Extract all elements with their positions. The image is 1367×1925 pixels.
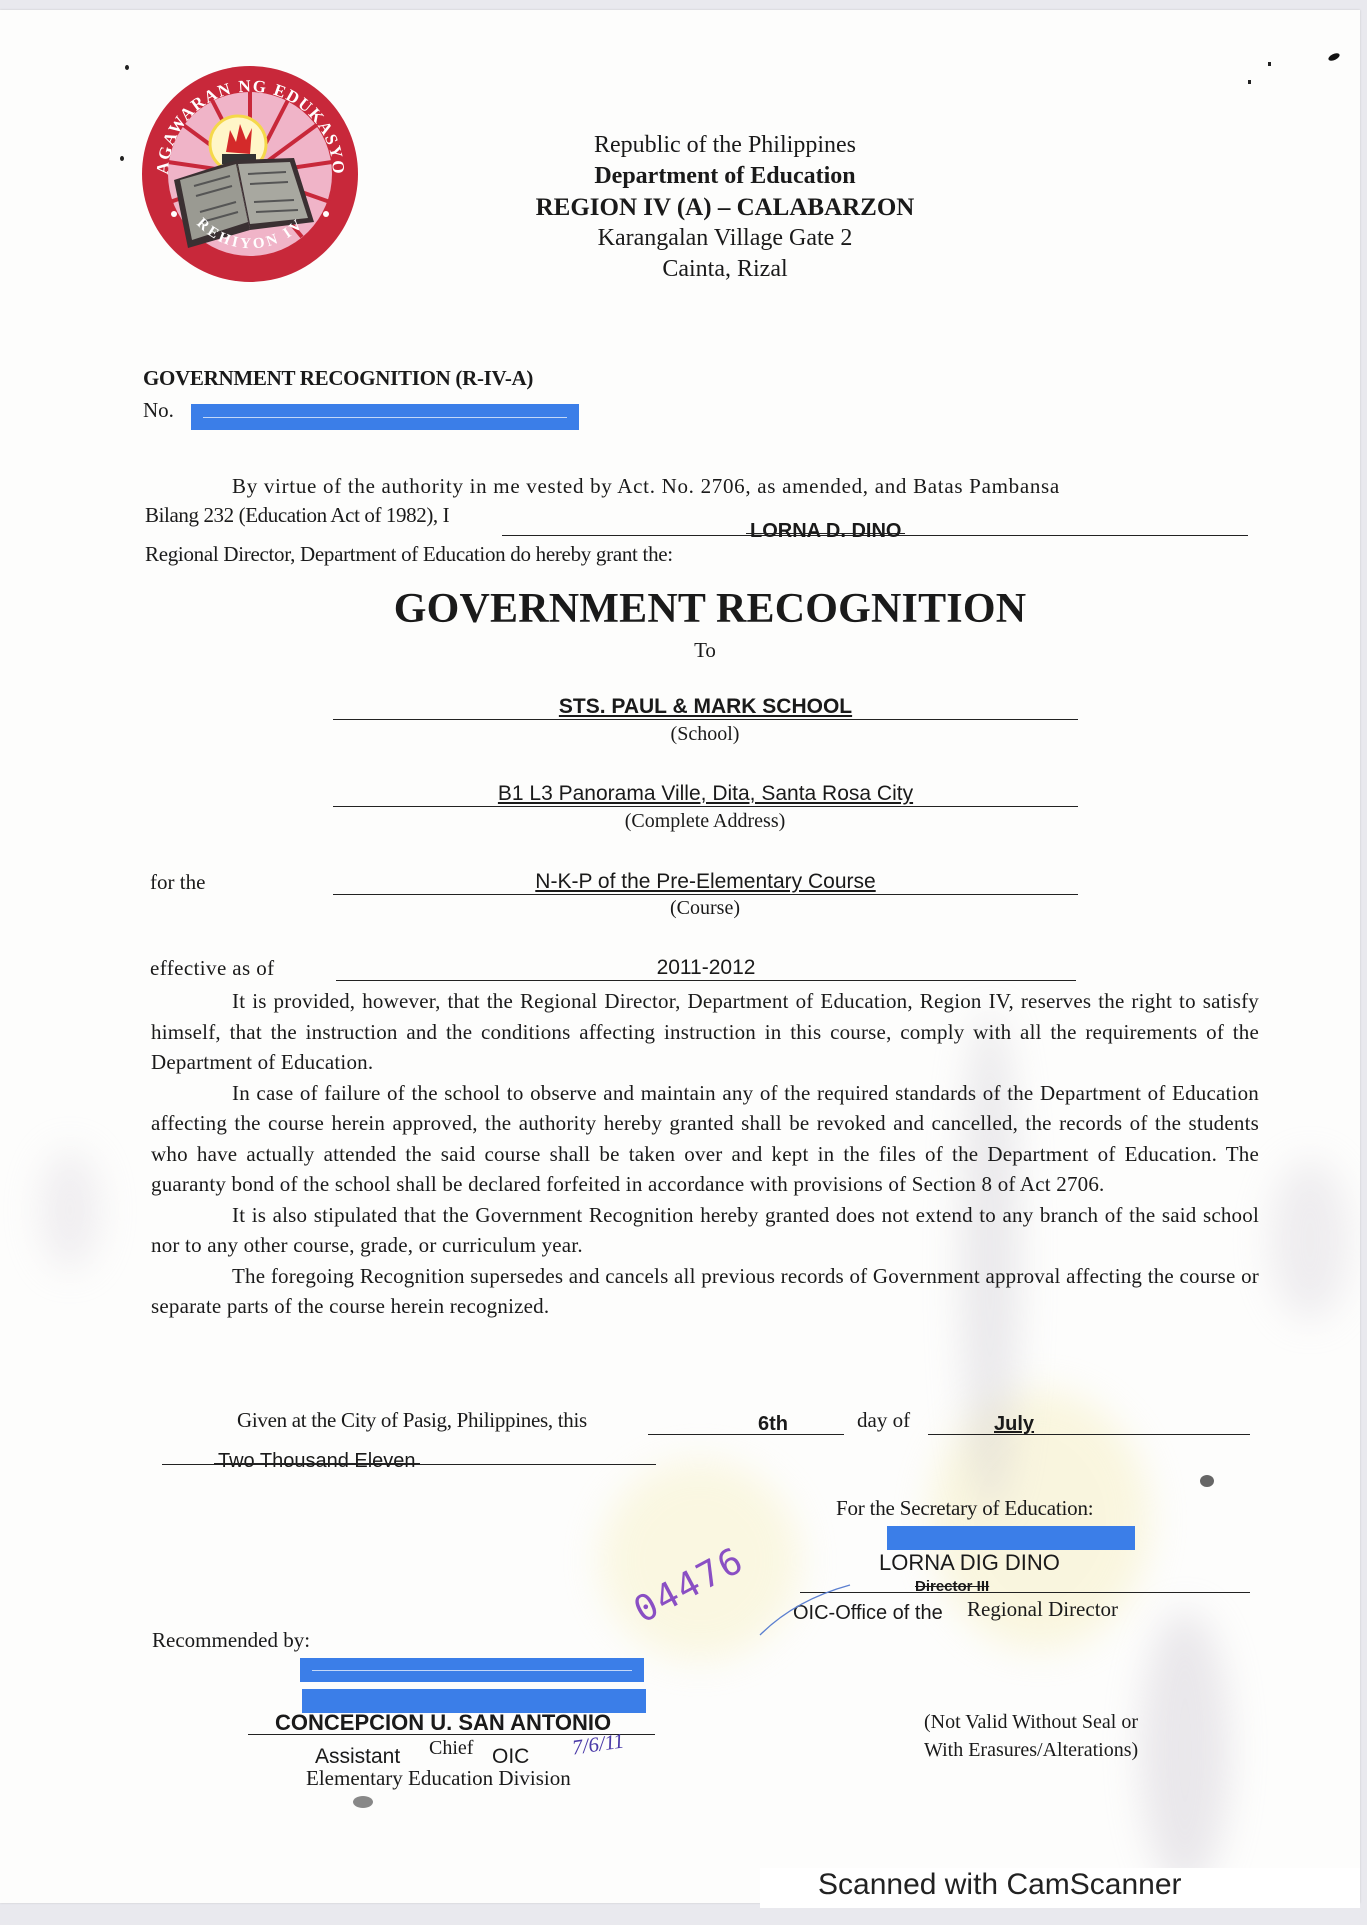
signatory-title: Director III bbox=[915, 1578, 989, 1595]
recognition-reference-title: GOVERNMENT RECOGNITION (R-IV-A) bbox=[143, 366, 533, 391]
given-year: Two Thousand Eleven bbox=[218, 1450, 416, 1473]
school-caption: (School) bbox=[560, 723, 850, 746]
effective-label: effective as of bbox=[150, 956, 275, 981]
validity-note: (Not Valid Without Seal or With Erasures… bbox=[924, 1708, 1138, 1764]
recognition-number-label: No. bbox=[143, 398, 174, 423]
speck bbox=[120, 156, 124, 161]
camscanner-watermark: Scanned with CamScanner bbox=[818, 1868, 1182, 1902]
effective-school-year: 2011-2012 bbox=[657, 956, 756, 979]
seal-icon: KAGAWARAN NG EDUKASYON REHIYON IV bbox=[138, 62, 363, 287]
given-month: July bbox=[994, 1413, 1034, 1436]
letterhead-department: Department of Education bbox=[480, 161, 970, 192]
recommender-division: Elementary Education Division bbox=[306, 1766, 571, 1791]
stain bbox=[1270, 1160, 1350, 1320]
redacted-signature-director bbox=[887, 1526, 1135, 1550]
recommender-name: CONCEPCION U. SAN ANTONIO bbox=[275, 1710, 611, 1736]
speck bbox=[1327, 52, 1340, 63]
speck bbox=[1200, 1475, 1214, 1487]
course-caption: (Course) bbox=[560, 897, 850, 920]
letterhead: Republic of the Philippines Department o… bbox=[480, 130, 970, 285]
main-title: GOVERNMENT RECOGNITION bbox=[340, 585, 1080, 633]
redacted-signature-recommender-1 bbox=[300, 1658, 644, 1682]
signatory-line bbox=[800, 1592, 1250, 1593]
intro-line-2: Bilang 232 (Education Act of 1982), I bbox=[145, 503, 449, 528]
speck bbox=[1248, 80, 1251, 84]
given-month-line bbox=[928, 1434, 1250, 1435]
recommender-title-chief: Chief bbox=[429, 1737, 473, 1760]
letterhead-republic: Republic of the Philippines bbox=[480, 130, 970, 161]
stain bbox=[1140, 1610, 1230, 1890]
letterhead-address-1: Karangalan Village Gate 2 bbox=[480, 223, 970, 254]
letterhead-address-2: Cainta, Rizal bbox=[480, 254, 970, 285]
validity-note-line-2: With Erasures/Alterations) bbox=[924, 1736, 1138, 1764]
intro-line-1: By virtue of the authority in me vested … bbox=[232, 474, 1060, 499]
body-paragraph-2: In case of failure of the school to obse… bbox=[151, 1078, 1259, 1200]
deped-seal: KAGAWARAN NG EDUKASYON REHIYON IV bbox=[138, 62, 363, 287]
given-day-line bbox=[648, 1434, 844, 1435]
body-paragraph-3: It is also stipulated that the Governmen… bbox=[151, 1200, 1259, 1261]
speck bbox=[353, 1796, 373, 1808]
intro-line-3: Regional Director, Department of Educati… bbox=[145, 542, 673, 567]
body-text: It is provided, however, that the Region… bbox=[151, 986, 1259, 1322]
validity-note-line-1: (Not Valid Without Seal or bbox=[924, 1708, 1138, 1736]
given-day: 6th bbox=[758, 1413, 788, 1436]
effective-field: 2011-2012 bbox=[336, 956, 1076, 981]
address-field: B1 L3 Panorama Ville, Dita, Santa Rosa C… bbox=[333, 782, 1078, 807]
course-label: for the bbox=[150, 870, 205, 895]
to-label: To bbox=[640, 638, 770, 663]
letterhead-region: REGION IV (A) – CALABARZON bbox=[480, 192, 970, 223]
redacted-recognition-number bbox=[191, 404, 579, 430]
given-prefix: Given at the City of Pasig, Philippines,… bbox=[237, 1408, 587, 1433]
director-name: LORNA D. DINO bbox=[750, 520, 901, 543]
speck bbox=[125, 65, 129, 70]
course-field: N-K-P of the Pre-Elementary Course bbox=[333, 870, 1078, 895]
body-paragraph-4: The foregoing Recognition supersedes and… bbox=[151, 1261, 1259, 1322]
course-name: N-K-P of the Pre-Elementary Course bbox=[535, 870, 875, 893]
recommended-label: Recommended by: bbox=[152, 1628, 310, 1653]
school-address: B1 L3 Panorama Ville, Dita, Santa Rosa C… bbox=[498, 782, 913, 805]
for-secretary-label: For the Secretary of Education: bbox=[836, 1496, 1093, 1521]
address-caption: (Complete Address) bbox=[560, 810, 850, 833]
speck bbox=[1268, 62, 1271, 66]
signatory-name: LORNA DIG DINO bbox=[879, 1550, 1060, 1576]
school-name: STS. PAUL & MARK SCHOOL bbox=[559, 695, 852, 718]
stain bbox=[40, 1150, 100, 1270]
school-field: STS. PAUL & MARK SCHOOL bbox=[333, 695, 1078, 720]
document-page: KAGAWARAN NG EDUKASYON REHIYON IV Republ… bbox=[0, 10, 1360, 1903]
body-paragraph-1: It is provided, however, that the Region… bbox=[151, 986, 1259, 1078]
signature-stroke bbox=[755, 1570, 855, 1640]
given-day-of: day of bbox=[857, 1408, 910, 1433]
signatory-office: Regional Director bbox=[967, 1597, 1118, 1622]
